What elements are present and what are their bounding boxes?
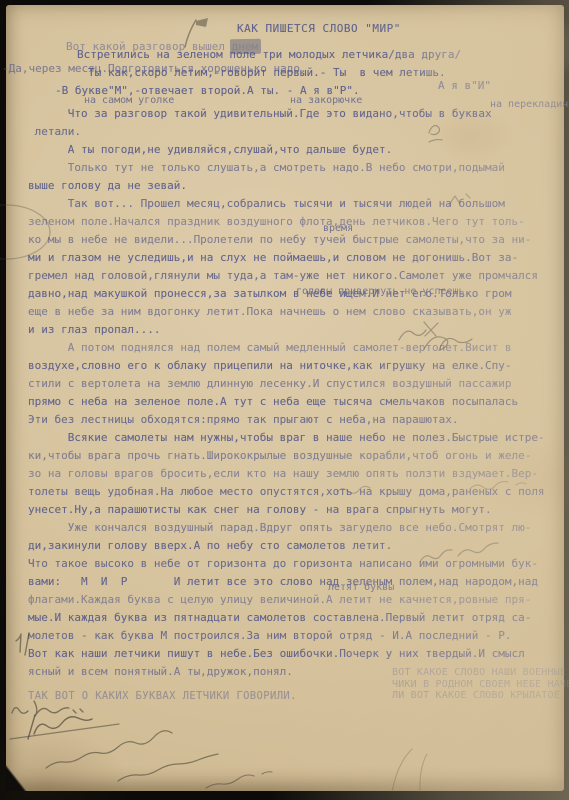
page-title: КАК ПИШЕТСЯ СЛОВО "МИР" — [237, 22, 401, 35]
typed-raised-phrase: А я в"И" — [438, 79, 491, 92]
typed-line: Что такое высоко в небе от горизонта до … — [28, 555, 569, 573]
typed-line: ми и глазом не уследишь,и на слух не пой… — [28, 249, 569, 267]
typed-line: ко мы в небе не видели...Пролетели по не… — [28, 231, 569, 249]
typed-line: Так вот... Прошел месяц,собрались тысячи… — [28, 195, 569, 213]
typed-line-question: Ты как,скоро летим,-говорит первый.- Ты … — [88, 66, 446, 79]
typed-line: вами: М И Р И летит все это слово над зе… — [28, 573, 569, 591]
typed-line: А потом поднялся над полем самый медленн… — [28, 339, 569, 357]
typed-caps-line: ЛИ ВОТ КАКОЕ СЛОВО КРЫЛАТОЕ — [392, 690, 569, 702]
closing-line-left: ТАК ВОТ О КАКИХ БУКВАХ ЛЕТЧИКИ ГОВОРИЛИ. — [28, 690, 297, 703]
typed-line: зо на головы врагов бросить,если кто на … — [28, 465, 569, 483]
typed-caps-line: ЧИКИ В РОДНОМ СВОЕМ НЕБЕ НАЧЕРТИ — [392, 679, 569, 691]
typed-line: летали. — [28, 123, 569, 141]
typed-line: выше голову да не зевай. — [28, 177, 569, 195]
typed-line: Что за разговор такой удивительный.Где э… — [28, 105, 569, 123]
typed-line: унесет.Ну,а парашютисты как снег на голо… — [28, 501, 569, 519]
typed-line: ди,закинули голову вверх.А по небу сто с… — [28, 537, 569, 555]
typed-line: толеты вещь удобная.На любое место опуст… — [28, 483, 569, 501]
typed-line: Всякие самолеты нам нужны,чтобы враг в н… — [28, 429, 569, 447]
typed-line: стили с вертолета на землю длинную лесен… — [28, 375, 569, 393]
typed-line: ки,чтобы врага прочь гнать.Ширококрылые … — [28, 447, 569, 465]
typed-insert-letyat: летят буквы — [328, 582, 394, 593]
typed-line: А ты погоди,не удивляйся,слушай,что даль… — [28, 141, 569, 159]
typed-line: зеленом поле.Начался праздник воздушного… — [28, 213, 569, 231]
typed-line: Только тут не только слушать,а смотреть … — [28, 159, 569, 177]
typed-line: и из глаз пропал.... — [28, 321, 569, 339]
typed-line: Вот как наши летчики пишут в небе.Без ош… — [28, 645, 569, 663]
typed-insert-golovy: головы привернуть не успеешь — [296, 286, 465, 297]
typed-line: молетов - как буква М построился.За ним … — [28, 627, 569, 645]
typed-line: мые.И каждая буква из пятнадцати самолет… — [28, 609, 569, 627]
typed-line: Эти без лестницы обходятся:прямо так пры… — [28, 411, 569, 429]
typed-line: гремел над головой,глянули мы туда,а там… — [28, 267, 569, 285]
typed-line: воздухе,словно его к облаку прицепили на… — [28, 357, 569, 375]
typed-caps-line: ВОТ КАКОЕ СЛОВО НАШИ ВОЕННЫЕ ЛЕТ — [392, 667, 569, 679]
typed-line: Уже кончался воздушный парад.Вдруг опять… — [28, 519, 569, 537]
corner-curl — [6, 765, 36, 791]
scanned-typescript-page: КАК ПИШЕТСЯ СЛОВО "МИР" Вот какой разгов… — [0, 0, 569, 800]
typed-line: прямо с неба на зеленое поле.А тут с неб… — [28, 393, 569, 411]
typed-line: флагами.Каждая буква с целую улицу велич… — [28, 591, 569, 609]
body-text: Что за разговор такой удивительный.Где э… — [28, 105, 569, 681]
typed-line-meeting: Встретились на зеленом поле три молодых … — [77, 48, 461, 61]
typed-line: еще в небе за ним вдогонку летит.Пока на… — [28, 303, 569, 321]
closing-block-right: ВОТ КАКОЕ СЛОВО НАШИ ВОЕННЫЕ ЛЕТЧИКИ В Р… — [392, 667, 569, 702]
typed-insert-vremya: время — [323, 223, 353, 234]
